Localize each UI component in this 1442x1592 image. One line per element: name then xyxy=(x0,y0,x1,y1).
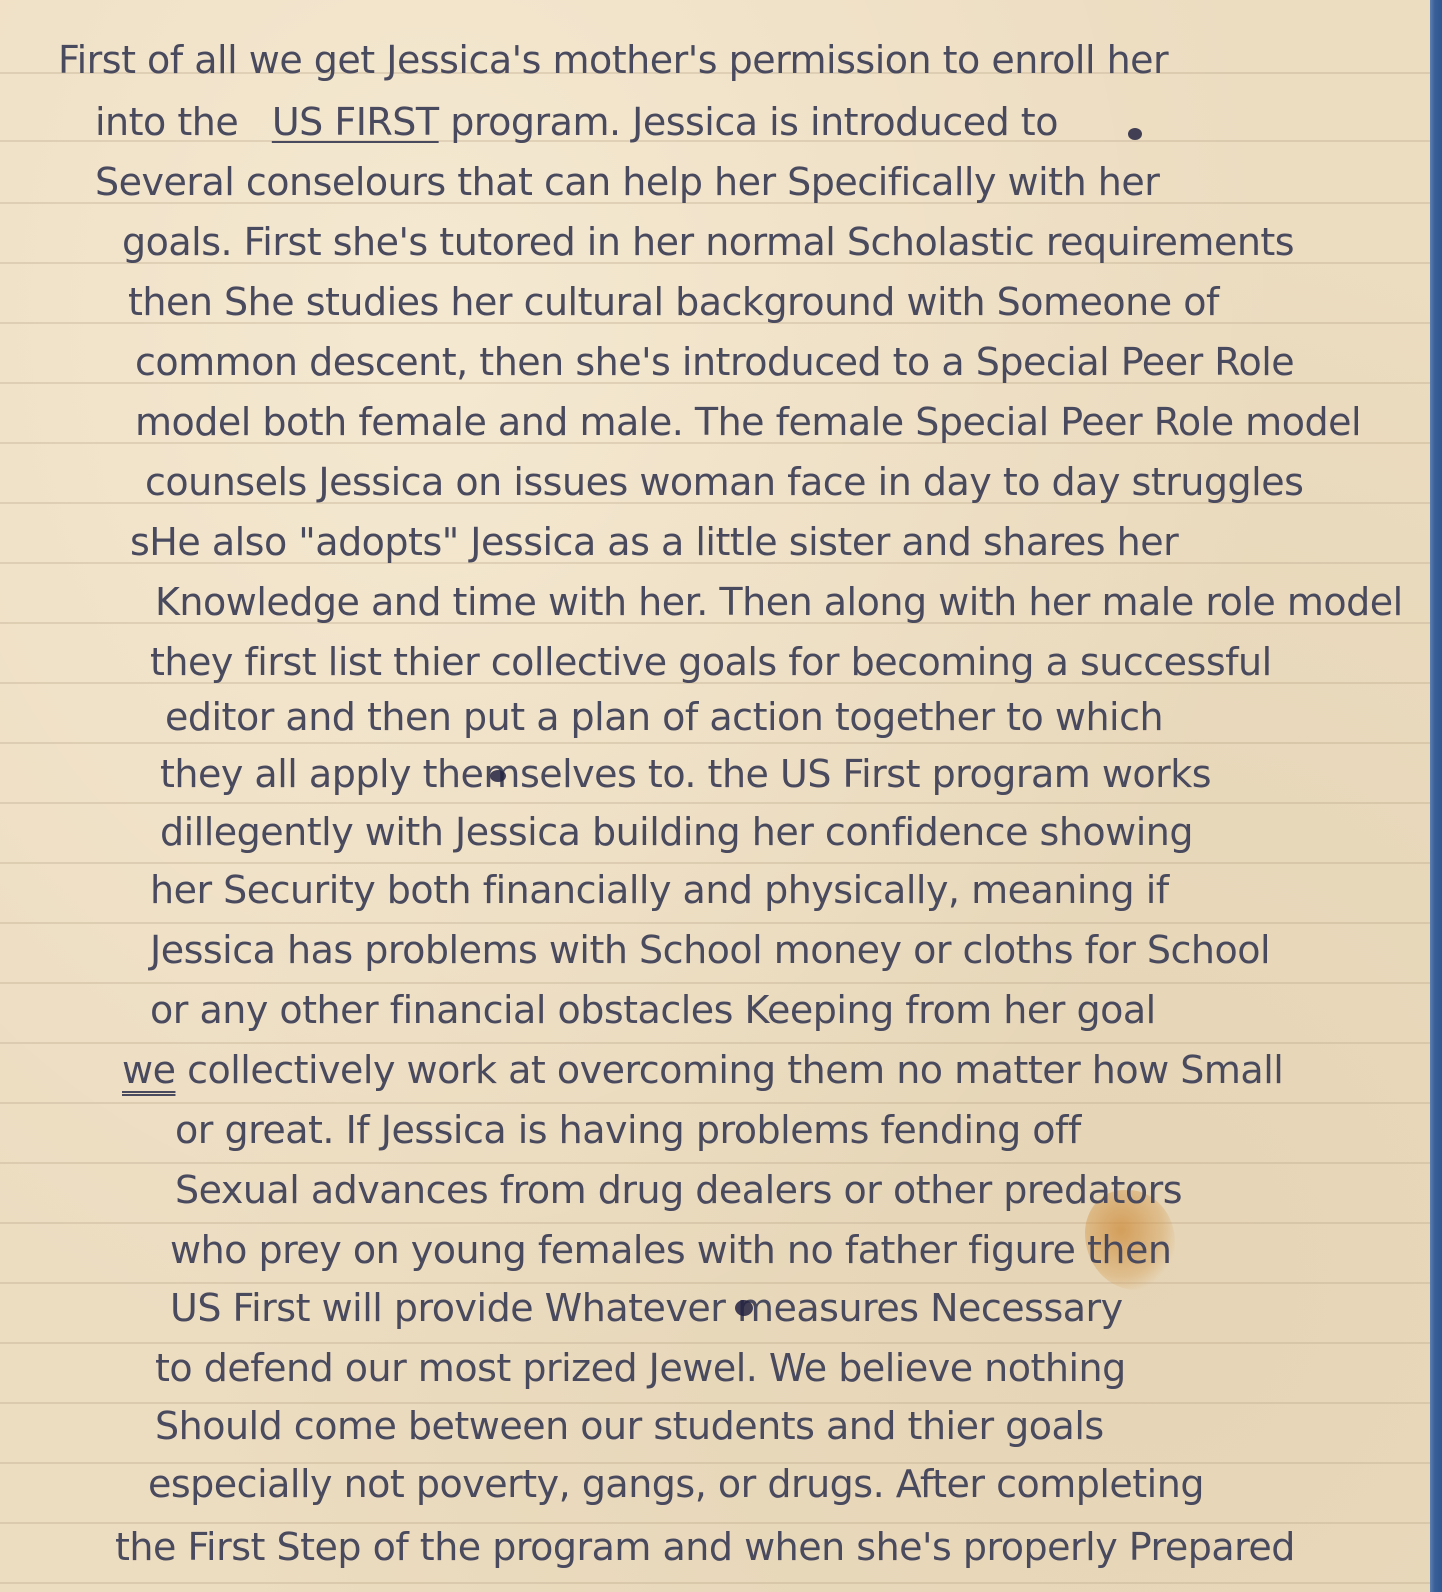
text-line-15: her Security both financially and physic… xyxy=(150,868,1169,912)
ink-blot xyxy=(1128,128,1142,140)
text-line-24: Should come between our students and thi… xyxy=(155,1404,1104,1448)
ruled-line xyxy=(0,862,1430,864)
text-line-9: sHe also "adopts" Jessica as a little si… xyxy=(130,520,1178,564)
ink-blot xyxy=(735,1300,753,1316)
ink-blot xyxy=(490,770,506,782)
ruled-line xyxy=(0,1042,1430,1044)
text-line-3: Several conselours that can help her Spe… xyxy=(95,160,1159,204)
ruled-line xyxy=(0,982,1430,984)
ruled-line xyxy=(0,1342,1430,1344)
text-line-5: then She studies her cultural background… xyxy=(128,280,1219,324)
lined-paper-page: First of all we get Jessica's mother's p… xyxy=(0,0,1430,1592)
text-line-4: goals. First she's tutored in her normal… xyxy=(122,220,1294,264)
text-line-7: model both female and male. The female S… xyxy=(135,400,1361,444)
blue-background-edge xyxy=(1430,0,1442,1592)
text-line-18: we collectively work at overcoming them … xyxy=(122,1048,1283,1092)
text-line-6: common descent, then she's introduced to… xyxy=(135,340,1294,384)
text-line-21: who prey on young females with no father… xyxy=(170,1228,1171,1272)
text-line-26: the First Step of the program and when s… xyxy=(115,1525,1295,1569)
text-line-10: Knowledge and time with her. Then along … xyxy=(155,580,1403,624)
ruled-line xyxy=(0,922,1430,924)
text-line-11: they first list thier collective goals f… xyxy=(150,640,1272,684)
ruled-line xyxy=(0,1222,1430,1224)
text-segment: program. Jessica is introduced to xyxy=(450,100,1058,144)
text-line-23: to defend our most prized Jewel. We beli… xyxy=(155,1346,1126,1390)
text-line-12: editor and then put a plan of action tog… xyxy=(165,695,1163,739)
text-line-1: First of all we get Jessica's mother's p… xyxy=(58,38,1168,82)
ruled-line xyxy=(0,1162,1430,1164)
ruled-line xyxy=(0,1522,1430,1524)
us-first-underlined: US FIRST xyxy=(272,100,439,144)
ruled-line xyxy=(0,1102,1430,1104)
text-line-2: into the US FIRST program. Jessica is in… xyxy=(95,100,1058,144)
ruled-line xyxy=(0,1282,1430,1284)
text-line-8: counsels Jessica on issues woman face in… xyxy=(145,460,1303,504)
text-segment: collectively work at overcoming them no … xyxy=(187,1048,1283,1092)
text-line-14: dillegently with Jessica building her co… xyxy=(160,810,1193,854)
text-line-19: or great. If Jessica is having problems … xyxy=(175,1108,1081,1152)
ruled-line xyxy=(0,802,1430,804)
ruled-line xyxy=(0,742,1430,744)
we-double-underlined: we xyxy=(122,1048,175,1092)
text-segment: into the xyxy=(95,100,238,144)
text-line-20: Sexual advances from drug dealers or oth… xyxy=(175,1168,1182,1212)
text-line-22: US First will provide Whatever measures … xyxy=(170,1286,1123,1330)
text-line-25: especially not poverty, gangs, or drugs.… xyxy=(148,1462,1204,1506)
ruled-line xyxy=(0,1582,1430,1584)
text-line-16: Jessica has problems with School money o… xyxy=(150,928,1270,972)
text-line-13: they all apply themselves to. the US Fir… xyxy=(160,752,1211,796)
text-line-17: or any other financial obstacles Keeping… xyxy=(150,988,1156,1032)
